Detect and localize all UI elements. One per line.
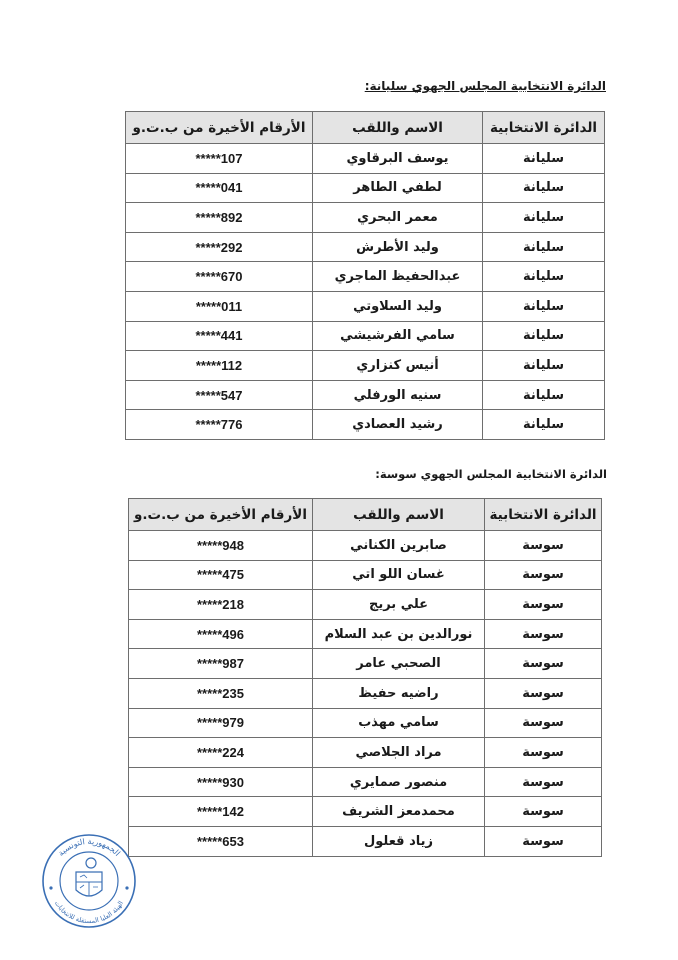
cell-district: سوسة [485, 560, 602, 590]
cell-name: سنيه الورفلي [313, 380, 483, 410]
seal-top-text: الجمهورية التونسية [56, 837, 122, 858]
table-row: سوسةغسان اللو اتي*****475 [129, 560, 602, 590]
table-row: سوسةعلي بريج*****218 [129, 590, 602, 620]
table-row: سليانةوليد الأطرش*****292 [126, 232, 605, 262]
table-row: سوسةنورالدين بن عبد السلام*****496 [129, 619, 602, 649]
cell-district: سليانة [483, 321, 605, 351]
cell-name: غسان اللو اتي [313, 560, 485, 590]
table-header-row: الدائرة الانتخابية الاسم واللقب الأرقام … [126, 112, 605, 144]
cell-name: سامي الفرشيشي [313, 321, 483, 351]
cell-district: سليانة [483, 232, 605, 262]
table-row: سليانةوليد السلاوتي*****011 [126, 291, 605, 321]
table-row: سوسةسامي مهذب*****979 [129, 708, 602, 738]
cell-name: زياد قعلول [313, 826, 485, 856]
cell-name: وليد الأطرش [313, 232, 483, 262]
column-header-district: الدائرة الانتخابية [485, 499, 602, 531]
cell-name: راضيه حفيظ [313, 678, 485, 708]
cell-id-digits: *****892 [126, 203, 313, 233]
table-row: سوسةمحمدمعز الشريف*****142 [129, 797, 602, 827]
cell-id-digits: *****948 [129, 531, 313, 561]
cell-district: سليانة [483, 291, 605, 321]
cell-name: معمر البحري [313, 203, 483, 233]
column-header-name: الاسم واللقب [313, 112, 483, 144]
cell-district: سليانة [483, 351, 605, 381]
cell-id-digits: *****776 [126, 410, 313, 440]
cell-id-digits: *****547 [126, 380, 313, 410]
cell-name: يوسف البرقاوي [313, 144, 483, 174]
cell-district: سوسة [485, 590, 602, 620]
cell-id-digits: *****112 [126, 351, 313, 381]
table-row: سوسةزياد قعلول*****653 [129, 826, 602, 856]
table-row: سوسةمنصور صمايري*****930 [129, 767, 602, 797]
table-row: سوسةصابرين الكناني*****948 [129, 531, 602, 561]
cell-id-digits: *****292 [126, 232, 313, 262]
cell-district: سليانة [483, 410, 605, 440]
cell-district: سوسة [485, 767, 602, 797]
cell-district: سليانة [483, 173, 605, 203]
cell-id-digits: *****107 [126, 144, 313, 174]
table-row: سوسةراضيه حفيظ*****235 [129, 678, 602, 708]
table-row: سوسةالصحبي عامر*****987 [129, 649, 602, 679]
cell-district: سليانة [483, 380, 605, 410]
seal-bottom-text: الهيئة العليا المستقلة للانتخابات [53, 899, 125, 925]
cell-district: سليانة [483, 144, 605, 174]
cell-id-digits: *****218 [129, 590, 313, 620]
cell-id-digits: *****235 [129, 678, 313, 708]
cell-id-digits: *****441 [126, 321, 313, 351]
cell-id-digits: *****041 [126, 173, 313, 203]
cell-name: نورالدين بن عبد السلام [313, 619, 485, 649]
cell-district: سوسة [485, 738, 602, 768]
column-header-name: الاسم واللقب [313, 499, 485, 531]
cell-id-digits: *****987 [129, 649, 313, 679]
cell-district: سوسة [485, 797, 602, 827]
table-row: سليانةسنيه الورفلي*****547 [126, 380, 605, 410]
cell-name: منصور صمايري [313, 767, 485, 797]
cell-district: سليانة [483, 262, 605, 292]
cell-name: لطفي الطاهر [313, 173, 483, 203]
table-row: سليانةرشيد العصادي*****776 [126, 410, 605, 440]
section-title-siliana: الدائرة الانتخابية المجلس الجهوي سليانة: [365, 79, 606, 93]
table-row: سليانةعبدالحفيظ الماجري*****670 [126, 262, 605, 292]
cell-district: سوسة [485, 531, 602, 561]
cell-district: سوسة [485, 826, 602, 856]
cell-name: محمدمعز الشريف [313, 797, 485, 827]
cell-district: سوسة [485, 678, 602, 708]
table-row: سليانةيوسف البرقاوي*****107 [126, 144, 605, 174]
cell-name: أنيس كنزاري [313, 351, 483, 381]
cell-id-digits: *****670 [126, 262, 313, 292]
cell-name: وليد السلاوتي [313, 291, 483, 321]
cell-id-digits: *****142 [129, 797, 313, 827]
cell-name: علي بريج [313, 590, 485, 620]
cell-name: سامي مهذب [313, 708, 485, 738]
cell-district: سوسة [485, 649, 602, 679]
cell-id-digits: *****496 [129, 619, 313, 649]
cell-id-digits: *****930 [129, 767, 313, 797]
cell-district: سليانة [483, 203, 605, 233]
column-header-district: الدائرة الانتخابية [483, 112, 605, 144]
cell-name: عبدالحفيظ الماجري [313, 262, 483, 292]
cell-name: صابرين الكناني [313, 531, 485, 561]
cell-id-digits: *****224 [129, 738, 313, 768]
cell-id-digits: *****979 [129, 708, 313, 738]
candidates-table-sousse: الدائرة الانتخابية الاسم واللقب الأرقام … [128, 498, 602, 857]
section-title-sousse: الدائرة الانتخابية المجلس الجهوي سوسة: [375, 467, 607, 481]
table-row: سليانةسامي الفرشيشي*****441 [126, 321, 605, 351]
column-header-id-digits: الأرقام الأخيرة من ب.ت.و [129, 499, 313, 531]
table-row: سليانةمعمر البحري*****892 [126, 203, 605, 233]
official-seal-icon: الجمهورية التونسية الهيئة العليا المستقل… [40, 832, 138, 930]
cell-id-digits: *****475 [129, 560, 313, 590]
cell-district: سوسة [485, 619, 602, 649]
cell-district: سوسة [485, 708, 602, 738]
column-header-id-digits: الأرقام الأخيرة من ب.ت.و [126, 112, 313, 144]
table-row: سوسةمراد الجلاصي*****224 [129, 738, 602, 768]
cell-name: رشيد العصادي [313, 410, 483, 440]
table-row: سليانةأنيس كنزاري*****112 [126, 351, 605, 381]
candidates-table-siliana: الدائرة الانتخابية الاسم واللقب الأرقام … [125, 111, 605, 440]
table-header-row: الدائرة الانتخابية الاسم واللقب الأرقام … [129, 499, 602, 531]
cell-name: مراد الجلاصي [313, 738, 485, 768]
cell-id-digits: *****011 [126, 291, 313, 321]
table-row: سليانةلطفي الطاهر*****041 [126, 173, 605, 203]
cell-id-digits: *****653 [129, 826, 313, 856]
cell-name: الصحبي عامر [313, 649, 485, 679]
